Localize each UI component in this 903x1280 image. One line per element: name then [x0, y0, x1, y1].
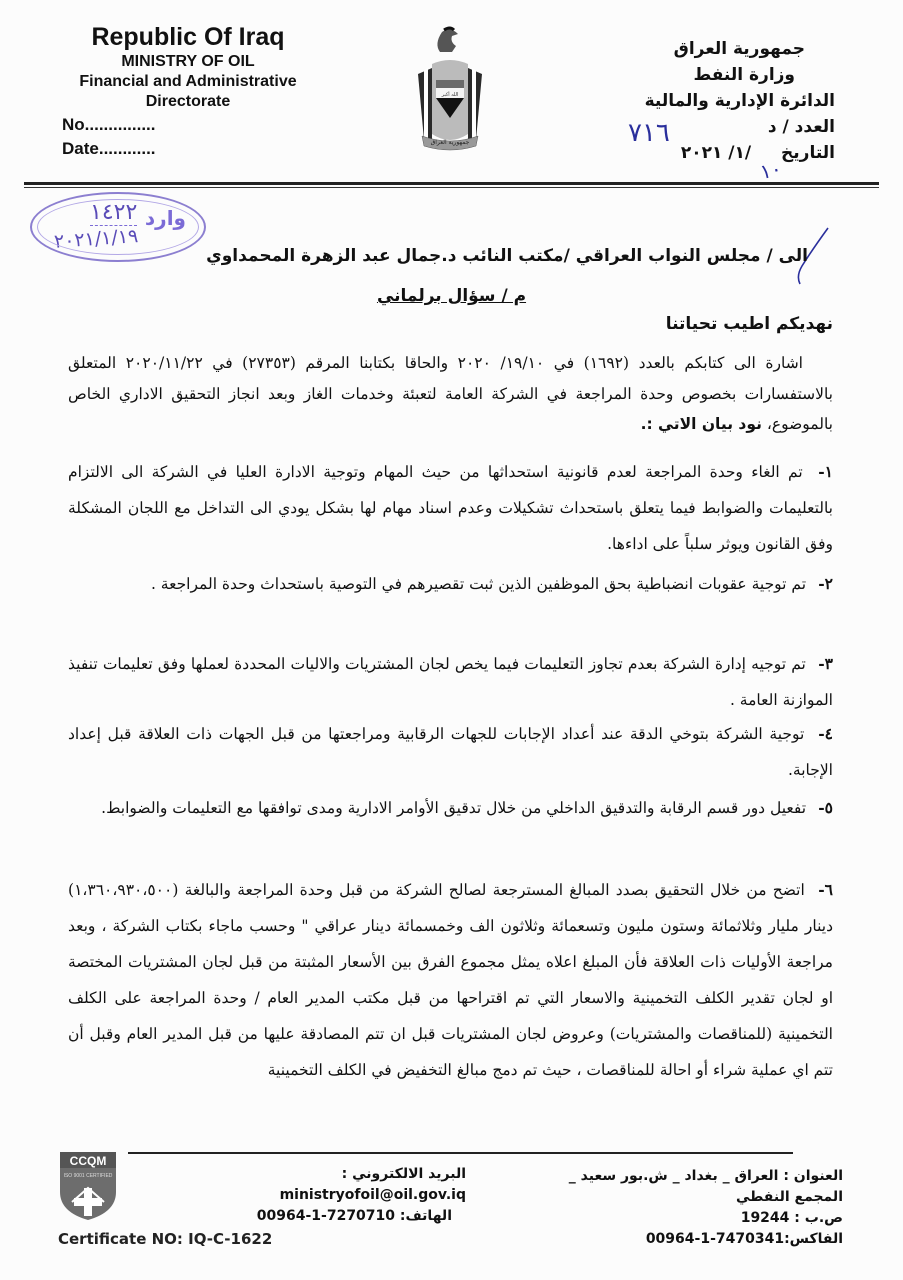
list-item: ٣- تم توجيه إدارة الشركة بعدم تجاوز التع… [68, 646, 833, 718]
email-link[interactable]: ministryofoil@oil.gov.iq [280, 1187, 466, 1203]
list-item-text: توجية الشركة بتوخي الدقة عند أعداد الإجا… [68, 725, 833, 779]
list-item: ٦- اتضح من خلال التحقيق بصدد المبالغ الم… [68, 872, 833, 1088]
stamp-number: ١٤٢٢ [90, 200, 137, 226]
country-name-en: Republic Of Iraq [58, 22, 318, 52]
list-item-text: تفعيل دور قسم الرقابة والتدقيق الداخلي م… [101, 799, 806, 817]
handwritten-number: ٧١٦ [628, 118, 670, 148]
letter-page: Republic Of Iraq MINISTRY OF OIL Financi… [0, 0, 903, 1280]
number-field-en: No............... [58, 114, 318, 136]
phone-line: الهاتف: 00964-1-7270710 [166, 1206, 466, 1227]
list-item-text: تم توجية عقوبات انضباطية بحق الموظفين ال… [151, 575, 806, 593]
certificate-number: Certificate NO: IQ-C-1622 [58, 1230, 272, 1248]
country-name-ar: جمهورية العراق [575, 36, 835, 62]
header-divider [24, 182, 879, 188]
phone-number: 00964-1-7270710 [257, 1208, 395, 1224]
subject: م / سؤال برلماني [0, 286, 903, 306]
stamp-date: ٢٠٢١/١/١٩ [53, 225, 139, 253]
greeting: نهديكم اطيب تحياتنا [666, 314, 833, 334]
date-label-ar: التاريخ [781, 143, 835, 163]
ccqm-certification-shield-icon: CCQM ISO 9001 CERTIFIED [58, 1150, 118, 1222]
svg-text:ISO 9001 CERTIFIED: ISO 9001 CERTIFIED [64, 1173, 113, 1179]
intro-paragraph: اشارة الى كتابكم بالعدد (١٦٩٢) في ١٩/١٠/… [68, 348, 833, 440]
date-value-ar: /١/ ٢٠٢١ [681, 143, 751, 163]
list-item-text: اتضح من خلال التحقيق بصدد المبالغ المستر… [68, 881, 833, 1079]
footer-contact: البريد الالكتروني : ministryofoil@oil.go… [166, 1164, 466, 1227]
date-field-en: Date............ [58, 138, 318, 160]
number-field-ar: العدد / د [575, 114, 835, 140]
list-item-text: تم توجيه إدارة الشركة بعدم تجاوز التعليم… [68, 655, 833, 709]
fax-value: 00964-1-7470341 [646, 1231, 784, 1247]
directorate-line1-en: Financial and Administrative [58, 72, 318, 92]
pobox-value: 19244 [741, 1210, 790, 1226]
svg-text:جمهورية العراق: جمهورية العراق [431, 139, 470, 146]
fax-line: الفاكس:00964-1-7470341 [543, 1229, 843, 1250]
list-item: ١- تم الغاء وحدة المراجعة لعدم قانونية ا… [68, 454, 833, 562]
svg-text:CCQM: CCQM [70, 1154, 107, 1168]
list-item: ٤- توجية الشركة بتوخي الدقة عند أعداد ال… [68, 716, 833, 788]
footer-divider [128, 1152, 793, 1154]
iraq-eagle-emblem-icon: الله أكبر جمهورية العراق [400, 24, 500, 154]
ministry-name-en: MINISTRY OF OIL [58, 52, 318, 72]
directorate-ar: الدائرة الإدارية والمالية [575, 88, 835, 114]
footer-address: العنوان : العراق _ بغداد _ ش.بور سعيد _ … [543, 1166, 843, 1250]
ministry-name-ar: وزارة النفط [575, 62, 835, 88]
header-english: Republic Of Iraq MINISTRY OF OIL Financi… [58, 22, 318, 160]
pobox-line: ص.ب : 19244 [543, 1208, 843, 1229]
intro-bold: نود بيان الاتي :. [641, 415, 762, 433]
list-item: ٢- تم توجية عقوبات انضباطية بحق الموظفين… [68, 566, 833, 602]
email-line: البريد الالكتروني : ministryofoil@oil.go… [166, 1164, 466, 1206]
address-line: العنوان : العراق _ بغداد _ ش.بور سعيد _ … [543, 1166, 843, 1208]
svg-text:الله أكبر: الله أكبر [441, 91, 459, 98]
addressee: الى / مجلس النواب العراقي /مكتب النائب د… [206, 246, 808, 266]
date-field-ar: التاريخ /١/ ٢٠٢١ [575, 140, 835, 166]
list-item-text: تم الغاء وحدة المراجعة لعدم قانونية استح… [68, 463, 833, 553]
handwritten-day: ١٠ [758, 156, 784, 184]
list-item: ٥- تفعيل دور قسم الرقابة والتدقيق الداخل… [68, 790, 833, 826]
incoming-stamp: وارد ١٤٢٢ ٢٠٢١/١/١٩ [30, 192, 206, 262]
directorate-line2-en: Directorate [58, 92, 318, 112]
header-arabic: جمهورية العراق وزارة النفط الدائرة الإدا… [575, 36, 835, 166]
number-label-ar: العدد / د [768, 117, 835, 137]
stamp-label: وارد [145, 206, 186, 230]
